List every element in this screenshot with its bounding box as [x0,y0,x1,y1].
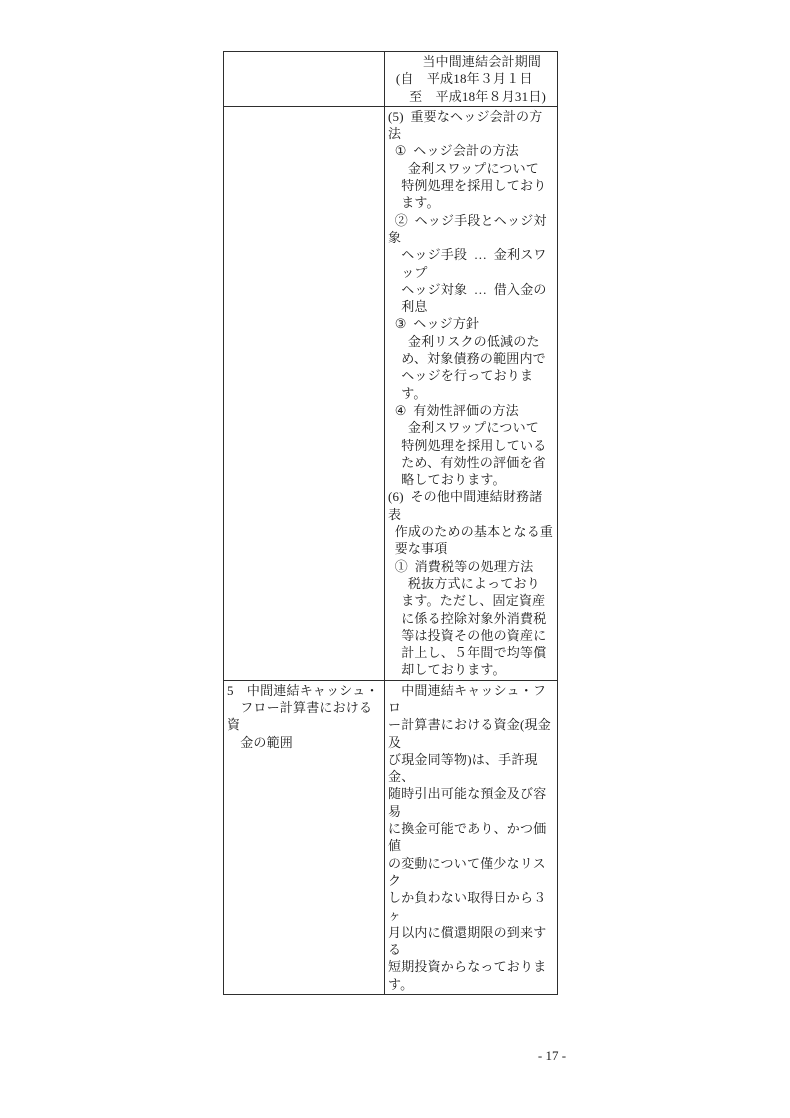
cashflow-scope-text: 中間連結キャッシュ・フロ ー計算書における資金(現金及 び現金同等物)は、手許現… [388,683,551,992]
table-header-row: 当中間連結会計期間 (自 平成18年３月１日 至 平成18年８月31日) [224,52,558,107]
accounting-notes-table: 当中間連結会計期間 (自 平成18年３月１日 至 平成18年８月31日) (5)… [223,51,558,995]
cashflow-scope-row: 5 中間連結キャッシュ・ フロー計算書における資 金の範囲 中間連結キャッシュ・… [224,680,558,994]
hedge-row-label-cell [224,106,385,680]
page-number: - 17 - [517,1048,587,1064]
cashflow-scope-label: 5 中間連結キャッシュ・ フロー計算書における資 金の範囲 [227,683,379,750]
header-period-cell: 当中間連結会計期間 (自 平成18年３月１日 至 平成18年８月31日) [385,52,558,107]
hedge-accounting-row: (5) 重要なヘッジ会計の方法 ① ヘッジ会計の方法 金利スワップについて 特例… [224,106,558,680]
hedge-accounting-text: (5) 重要なヘッジ会計の方法 ① ヘッジ会計の方法 金利スワップについて 特例… [388,109,553,678]
period-heading: 当中間連結会計期間 (自 平成18年３月１日 至 平成18年８月31日) [396,53,546,105]
hedge-row-content-cell: (5) 重要なヘッジ会計の方法 ① ヘッジ会計の方法 金利スワップについて 特例… [385,106,558,680]
cashflow-row-content-cell: 中間連結キャッシュ・フロ ー計算書における資金(現金及 び現金同等物)は、手許現… [385,680,558,994]
header-empty-cell [224,52,385,107]
document-page: 当中間連結会計期間 (自 平成18年３月１日 至 平成18年８月31日) (5)… [0,0,790,1118]
cashflow-row-label-cell: 5 中間連結キャッシュ・ フロー計算書における資 金の範囲 [224,680,385,994]
